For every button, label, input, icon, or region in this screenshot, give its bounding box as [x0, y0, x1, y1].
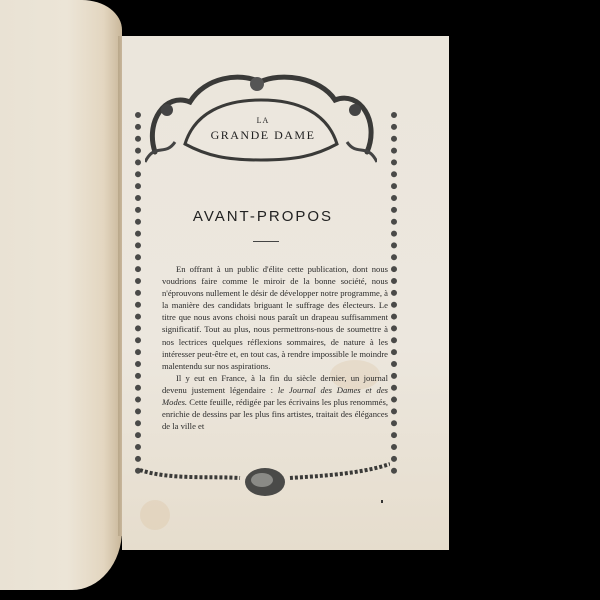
- paragraph-1: En offrant à un public d'élite cette pub…: [162, 263, 388, 372]
- paragraph-2-text-end: Cette feuille, rédigée par les écrivains…: [162, 397, 388, 431]
- body-text: En offrant à un public d'élite cette pub…: [162, 263, 388, 432]
- shell-garland-icon: [140, 462, 390, 500]
- paper-stain: [140, 500, 170, 530]
- bottom-floral-ornament: [140, 462, 390, 500]
- paragraph-2: Il y eut en France, à la fin du siècle d…: [162, 372, 388, 432]
- section-title: AVANT-PROPOS: [180, 208, 346, 225]
- page-mark: [381, 500, 383, 503]
- left-page: [0, 0, 122, 590]
- title-rule-divider: [253, 241, 279, 242]
- publication-title: GRANDE DAME: [190, 128, 336, 143]
- header-small-text: LA: [200, 116, 326, 125]
